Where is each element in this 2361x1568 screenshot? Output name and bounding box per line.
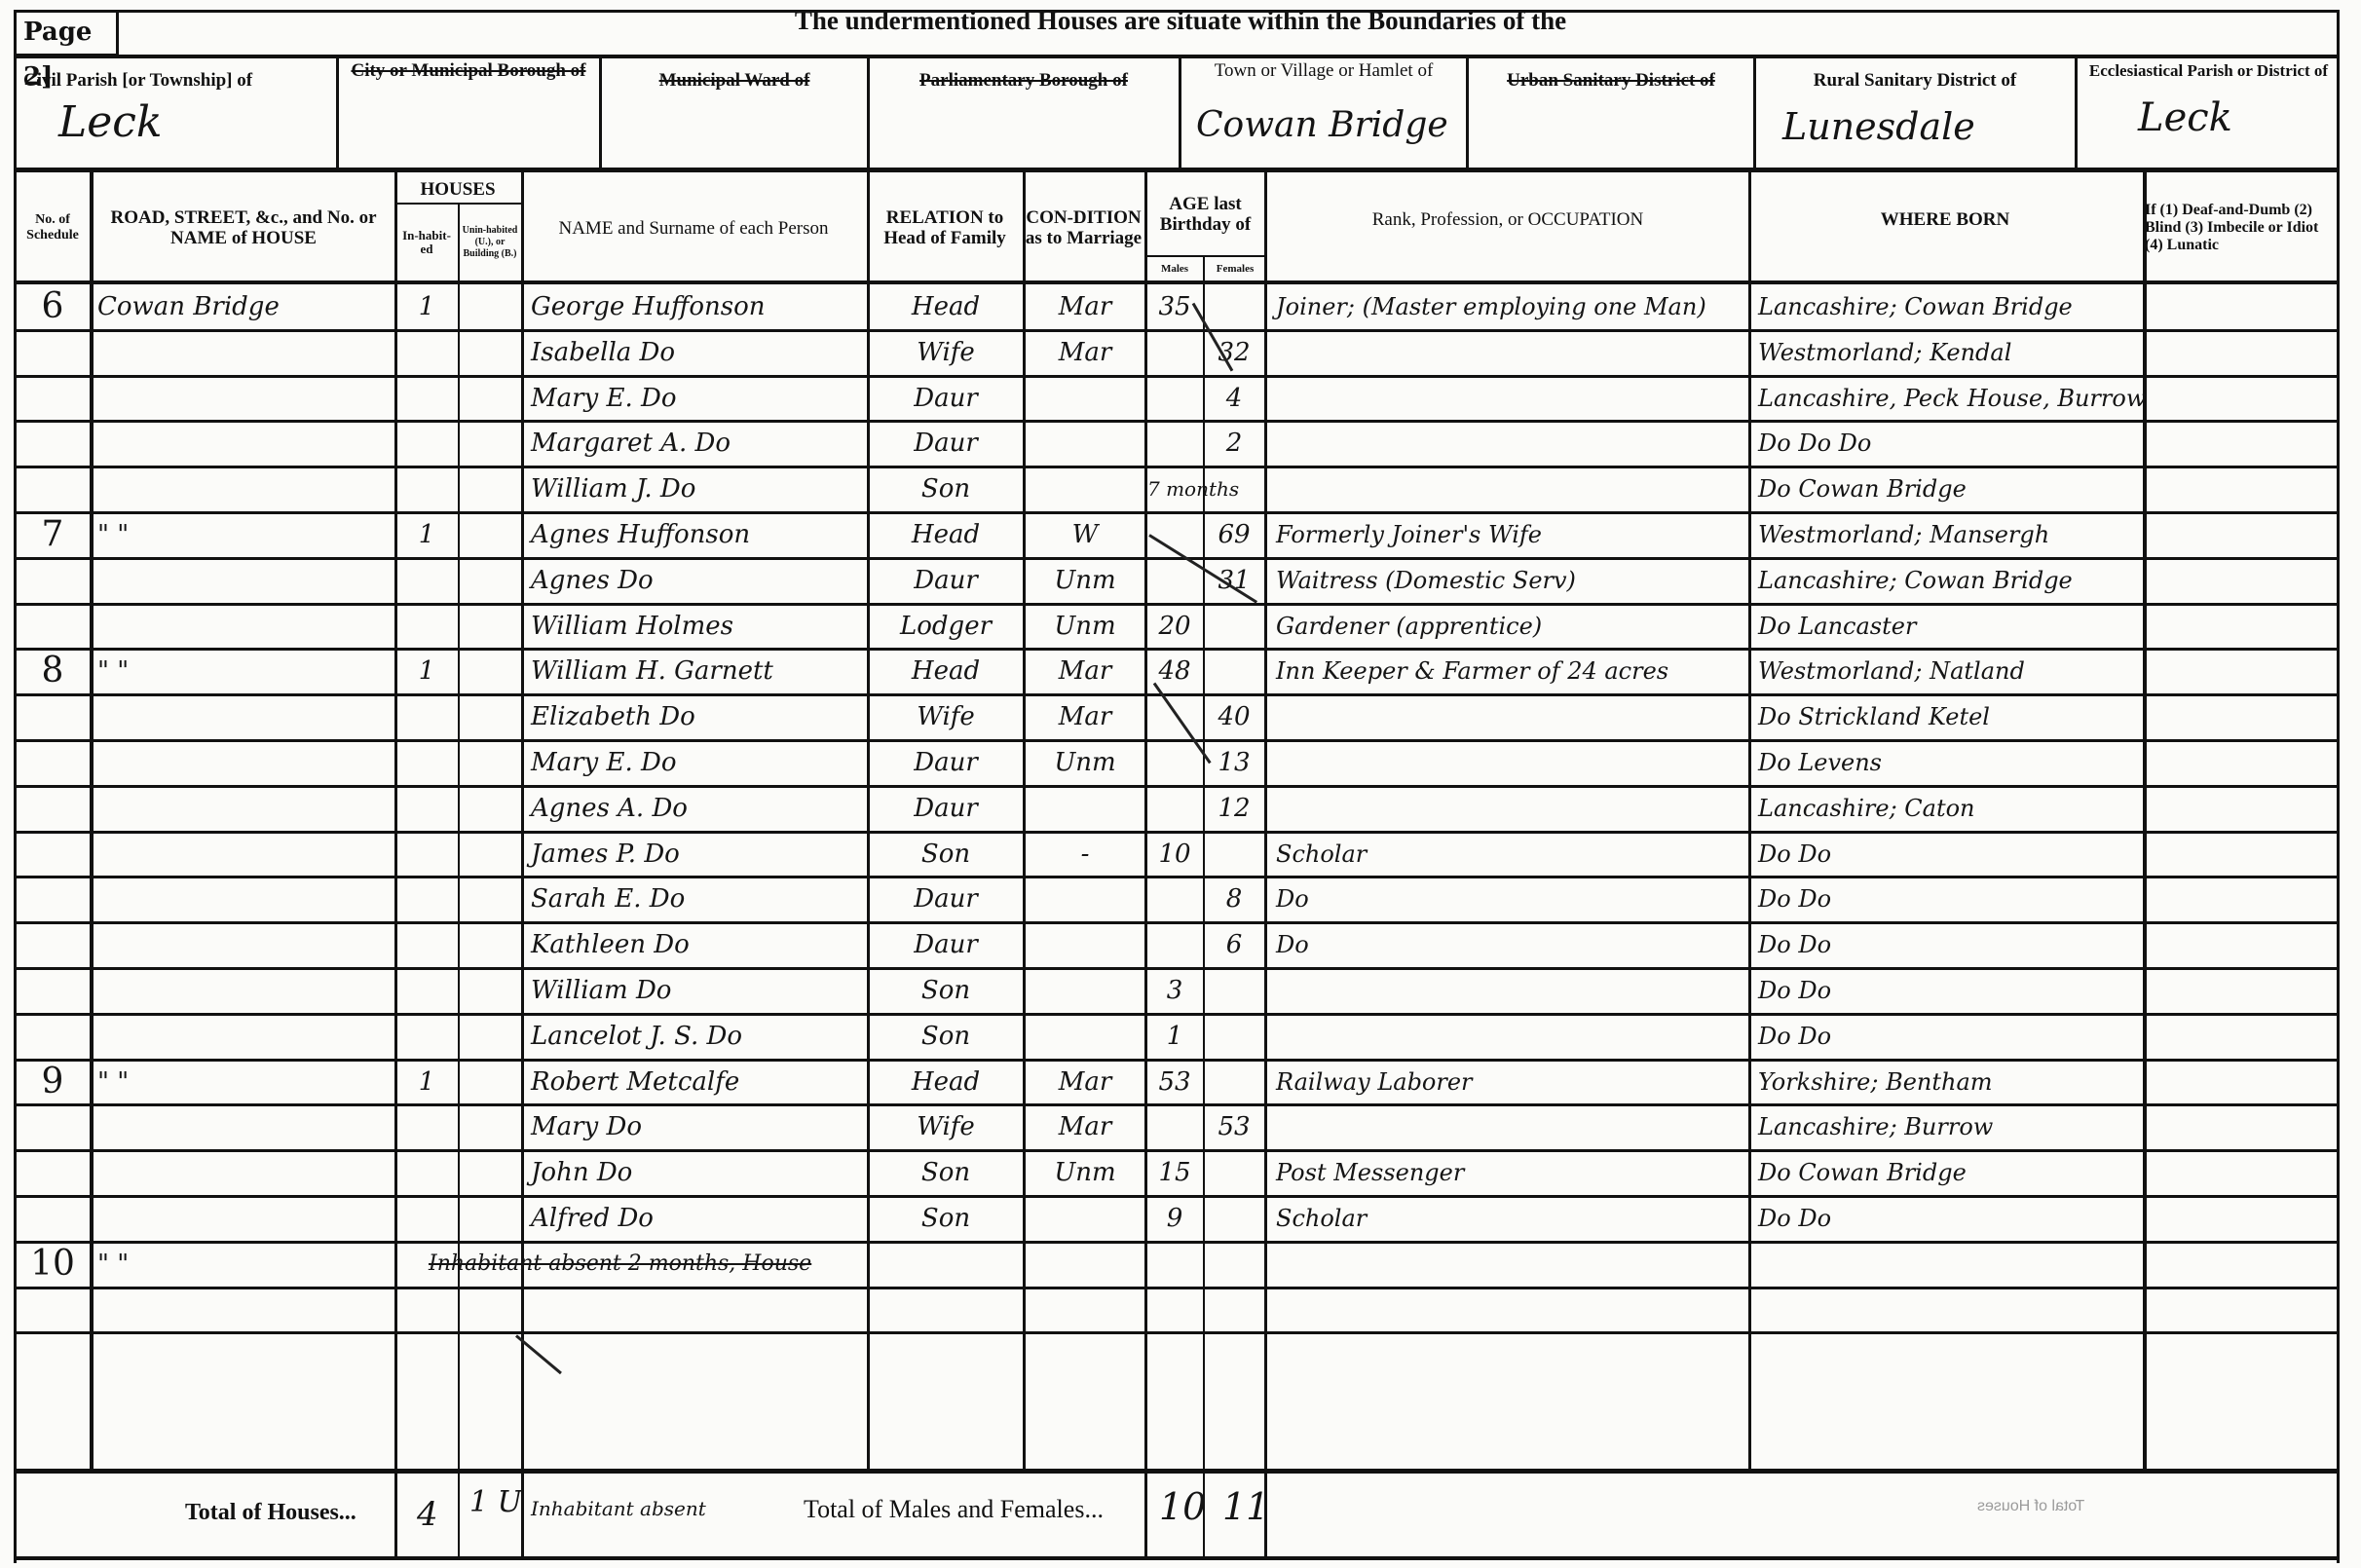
occupation: Scholar bbox=[1276, 832, 1748, 877]
road-name: " " bbox=[97, 1060, 390, 1104]
inhabited-count: 1 bbox=[397, 512, 456, 557]
schedule-number: 8 bbox=[18, 649, 88, 693]
female-age: 6 bbox=[1206, 922, 1262, 967]
boundary-ecclesiastical-value: Leck bbox=[2138, 95, 2232, 140]
col-header-infirmity: If (1) Deaf-and-Dumb (2) Blind (3) Imbec… bbox=[2145, 175, 2336, 280]
road-name bbox=[97, 922, 390, 967]
condition bbox=[1028, 1242, 1143, 1287]
road-name bbox=[97, 968, 390, 1013]
boundary-town-value: Cowan Bridge bbox=[1196, 105, 1448, 145]
road-name bbox=[97, 1104, 390, 1149]
schedule-number bbox=[18, 330, 88, 375]
condition: Mar bbox=[1028, 694, 1143, 739]
person-name: Mary E. Do bbox=[531, 740, 867, 785]
road-name bbox=[97, 740, 390, 785]
female-age bbox=[1206, 467, 1262, 511]
person-name: Lancelot J. S. Do bbox=[531, 1014, 867, 1059]
inhabited-count bbox=[397, 1104, 456, 1149]
where-born: Do Do bbox=[1758, 832, 2143, 877]
condition bbox=[1028, 1014, 1143, 1059]
condition bbox=[1028, 1196, 1143, 1241]
schedule-number bbox=[18, 1288, 88, 1332]
person-name: James P. Do bbox=[531, 832, 867, 877]
divider bbox=[1748, 170, 1751, 1471]
relation: Head bbox=[872, 649, 1020, 693]
divider bbox=[599, 56, 602, 169]
male-age: 53 bbox=[1147, 1060, 1202, 1104]
where-born: Do Levens bbox=[1758, 740, 2143, 785]
divider bbox=[14, 55, 2340, 58]
person-name: Elizabeth Do bbox=[531, 694, 867, 739]
col-header-road: ROAD, STREET, &c., and No. or NAME of HO… bbox=[93, 175, 394, 280]
road-name bbox=[97, 877, 390, 921]
where-born: Westmorland; Kendal bbox=[1758, 330, 2143, 375]
female-age bbox=[1206, 1014, 1262, 1059]
condition bbox=[1028, 421, 1143, 466]
road-name bbox=[97, 604, 390, 649]
person-name: Kathleen Do bbox=[531, 922, 867, 967]
relation: Wife bbox=[872, 330, 1020, 375]
male-age: 9 bbox=[1147, 1196, 1202, 1241]
inhabited-count bbox=[397, 604, 456, 649]
road-name bbox=[97, 467, 390, 511]
condition: Mar bbox=[1028, 330, 1143, 375]
male-age bbox=[1147, 421, 1202, 466]
inhabited-count bbox=[397, 330, 456, 375]
divider bbox=[1023, 170, 1026, 1471]
relation: Son bbox=[872, 1150, 1020, 1195]
relation: Wife bbox=[872, 1104, 1020, 1149]
condition: Mar bbox=[1028, 649, 1143, 693]
female-age bbox=[1206, 1196, 1262, 1241]
col-header-where-born: WHERE BORN bbox=[1750, 175, 2140, 263]
road-name bbox=[97, 786, 390, 831]
divider bbox=[1753, 56, 1756, 169]
schedule-number bbox=[18, 832, 88, 877]
relation: Son bbox=[872, 1196, 1020, 1241]
occupation bbox=[1276, 694, 1748, 739]
divider bbox=[1179, 56, 1181, 169]
person-name: Robert Metcalfe bbox=[531, 1060, 867, 1104]
inhabited-count bbox=[397, 1150, 456, 1195]
female-age: 12 bbox=[1206, 786, 1262, 831]
road-name bbox=[97, 1196, 390, 1241]
female-age: 13 bbox=[1206, 740, 1262, 785]
inhabited-count bbox=[397, 968, 456, 1013]
where-born: Do Do Do bbox=[1758, 421, 2143, 466]
schedule-number: 6 bbox=[18, 284, 88, 329]
relation: Son bbox=[872, 1014, 1020, 1059]
occupation: Post Messenger bbox=[1276, 1150, 1748, 1195]
occupation: Gardener (apprentice) bbox=[1276, 604, 1748, 649]
where-born: Westmorland; Natland bbox=[1758, 649, 2143, 693]
occupation bbox=[1276, 467, 1748, 511]
relation: Head bbox=[872, 512, 1020, 557]
where-born: Do Lancaster bbox=[1758, 604, 2143, 649]
schedule-number bbox=[18, 922, 88, 967]
occupation: Inn Keeper & Farmer of 24 acres bbox=[1276, 649, 1748, 693]
condition: Mar bbox=[1028, 284, 1143, 329]
inhabited-count bbox=[397, 1288, 456, 1332]
divider bbox=[90, 170, 94, 1471]
boundary-rural-sanitary-value: Lunesdale bbox=[1782, 105, 1975, 148]
col-header-uninhabited: Unin-habited (U.), or Building (B.) bbox=[460, 206, 520, 279]
relation: Daur bbox=[872, 421, 1020, 466]
condition: W bbox=[1028, 512, 1143, 557]
where-born: Do Do bbox=[1758, 922, 2143, 967]
male-age: 15 bbox=[1147, 1150, 1202, 1195]
col-header-inhabited: In-habit-ed bbox=[397, 206, 456, 279]
male-age: 10 bbox=[1147, 832, 1202, 877]
schedule-number bbox=[18, 467, 88, 511]
inhabited-count: 1 bbox=[397, 649, 456, 693]
divider bbox=[14, 168, 2340, 172]
schedule-number bbox=[18, 694, 88, 739]
schedule-number bbox=[18, 558, 88, 603]
female-age bbox=[1206, 649, 1262, 693]
inhabited-count bbox=[397, 786, 456, 831]
occupation bbox=[1276, 1014, 1748, 1059]
road-name: " " bbox=[97, 512, 390, 557]
condition bbox=[1028, 1288, 1143, 1332]
schedule-number: 10 bbox=[18, 1242, 88, 1287]
male-age bbox=[1147, 376, 1202, 421]
inhabited-count bbox=[397, 740, 456, 785]
where-born: Do Cowan Bridge bbox=[1758, 467, 2143, 511]
male-age bbox=[1147, 922, 1202, 967]
schedule-number: 7 bbox=[18, 512, 88, 557]
col-header-schedule: No. of Schedule bbox=[16, 175, 90, 280]
male-age bbox=[1147, 786, 1202, 831]
col-header-females: Females bbox=[1205, 257, 1265, 280]
occupation: Waitress (Domestic Serv) bbox=[1276, 558, 1748, 603]
schedule-number bbox=[18, 740, 88, 785]
condition bbox=[1028, 376, 1143, 421]
where-born: Lancashire; Cowan Bridge bbox=[1758, 558, 2143, 603]
person-name: William H. Garnett bbox=[531, 649, 867, 693]
condition bbox=[1028, 877, 1143, 921]
where-born: Do Strickland Ketel bbox=[1758, 694, 2143, 739]
female-age bbox=[1206, 1242, 1262, 1287]
total-uninhabited: 1 U bbox=[469, 1485, 522, 1519]
schedule-number bbox=[18, 786, 88, 831]
male-age: 3 bbox=[1147, 968, 1202, 1013]
female-age: 8 bbox=[1206, 877, 1262, 921]
relation: Son bbox=[872, 968, 1020, 1013]
occupation: Formerly Joiner's Wife bbox=[1276, 512, 1748, 557]
boundary-town-header: Town or Village or Hamlet of bbox=[1183, 60, 1464, 81]
occupation bbox=[1276, 1242, 1748, 1287]
condition bbox=[1028, 467, 1143, 511]
condition: Mar bbox=[1028, 1104, 1143, 1149]
condition: Unm bbox=[1028, 1150, 1143, 1195]
female-age: 31 bbox=[1206, 558, 1262, 603]
schedule-number bbox=[18, 604, 88, 649]
female-age bbox=[1206, 1060, 1262, 1104]
female-age bbox=[1206, 604, 1262, 649]
divider bbox=[14, 1556, 2340, 1560]
person-name: George Huffonson bbox=[531, 284, 867, 329]
female-age bbox=[1206, 832, 1262, 877]
boundary-ward-header: Municipal Ward of bbox=[604, 70, 865, 91]
condition bbox=[1028, 968, 1143, 1013]
occupation bbox=[1276, 740, 1748, 785]
divider bbox=[14, 1469, 2340, 1474]
male-age: 1 bbox=[1147, 1014, 1202, 1059]
person-name: Isabella Do bbox=[531, 330, 867, 375]
boundary-civil-parish-value: Leck bbox=[58, 97, 163, 147]
male-age: 7 months bbox=[1147, 467, 1202, 511]
female-age: 69 bbox=[1206, 512, 1262, 557]
person-name: William Do bbox=[531, 968, 867, 1013]
where-born: Do Do bbox=[1758, 1196, 2143, 1241]
person-name: John Do bbox=[531, 1150, 867, 1195]
divider bbox=[867, 56, 870, 169]
where-born: Do Do bbox=[1758, 1014, 2143, 1059]
road-name: " " bbox=[97, 1242, 390, 1287]
boundary-civil-parish-header: Civil Parish [or Township] of bbox=[18, 70, 340, 91]
person-name: Mary E. Do bbox=[531, 376, 867, 421]
occupation: Do bbox=[1276, 877, 1748, 921]
inhabited-count: 1 bbox=[397, 284, 456, 329]
condition bbox=[1028, 922, 1143, 967]
person-name: Mary Do bbox=[531, 1104, 867, 1149]
inhabited-count bbox=[397, 1014, 456, 1059]
divider bbox=[2143, 170, 2147, 1471]
occupation bbox=[1276, 968, 1748, 1013]
condition bbox=[1028, 786, 1143, 831]
col-header-males: Males bbox=[1146, 257, 1203, 280]
occupation: Railway Laborer bbox=[1276, 1060, 1748, 1104]
road-name: Cowan Bridge bbox=[97, 284, 390, 329]
schedule-number bbox=[18, 376, 88, 421]
inhabited-count bbox=[397, 694, 456, 739]
relation: Daur bbox=[872, 786, 1020, 831]
col-header-occupation: Rank, Profession, or OCCUPATION bbox=[1268, 175, 1747, 263]
person-name: Agnes Do bbox=[531, 558, 867, 603]
relation: Daur bbox=[872, 558, 1020, 603]
person-name: William Holmes bbox=[531, 604, 867, 649]
relation: Lodger bbox=[872, 604, 1020, 649]
where-born: Do Do bbox=[1758, 968, 2143, 1013]
boundary-city-header: City or Municipal Borough of bbox=[341, 60, 596, 81]
female-age bbox=[1206, 1150, 1262, 1195]
road-name bbox=[97, 558, 390, 603]
schedule-number bbox=[18, 1196, 88, 1241]
relation: Daur bbox=[872, 376, 1020, 421]
condition: - bbox=[1028, 832, 1143, 877]
divider bbox=[867, 170, 870, 1471]
divider bbox=[521, 170, 524, 1558]
occupation bbox=[1276, 376, 1748, 421]
person-name: Agnes Huffonson bbox=[531, 512, 867, 557]
female-age: 4 bbox=[1206, 376, 1262, 421]
where-born: Lancashire, Peck House, Burrow bbox=[1758, 376, 2143, 421]
person-name: Margaret A. Do bbox=[531, 421, 867, 466]
relation: Son bbox=[872, 832, 1020, 877]
condition: Unm bbox=[1028, 740, 1143, 785]
occupation bbox=[1276, 330, 1748, 375]
divider bbox=[458, 203, 460, 1558]
schedule-number bbox=[18, 968, 88, 1013]
inhabited-count bbox=[397, 421, 456, 466]
relation bbox=[872, 1288, 1020, 1332]
male-age bbox=[1147, 740, 1202, 785]
occupation bbox=[1276, 421, 1748, 466]
total-males: 10 bbox=[1159, 1485, 1206, 1528]
where-born bbox=[1758, 1242, 2143, 1287]
col-header-name: NAME and Surname of each Person bbox=[523, 175, 864, 280]
inhabited-count bbox=[397, 922, 456, 967]
page-title: The undermentioned Houses are situate wi… bbox=[0, 6, 2361, 36]
divider bbox=[1264, 170, 1267, 1558]
total-females: 11 bbox=[1222, 1485, 1269, 1528]
col-header-condition: CON-DITION as to Marriage bbox=[1025, 175, 1143, 280]
col-header-relation: RELATION to Head of Family bbox=[869, 175, 1021, 280]
female-age: 40 bbox=[1206, 694, 1262, 739]
boundary-ecclesiastical-header: Ecclesiastical Parish or District of bbox=[2080, 60, 2338, 81]
schedule-number bbox=[18, 1014, 88, 1059]
person-name bbox=[531, 1288, 867, 1332]
relation bbox=[872, 1242, 1020, 1287]
female-age bbox=[1206, 284, 1262, 329]
inhabited-count bbox=[397, 467, 456, 511]
person-name: Agnes A. Do bbox=[531, 786, 867, 831]
inhabited-count bbox=[397, 376, 456, 421]
relation: Daur bbox=[872, 922, 1020, 967]
where-born: Lancashire; Cowan Bridge bbox=[1758, 284, 2143, 329]
boundary-parliamentary-header: Parliamentary Borough of bbox=[872, 70, 1176, 91]
occupation bbox=[1276, 786, 1748, 831]
relation: Son bbox=[872, 467, 1020, 511]
inhabited-count bbox=[397, 877, 456, 921]
divider bbox=[2075, 56, 2078, 169]
road-name bbox=[97, 330, 390, 375]
divider bbox=[1203, 255, 1205, 1558]
person-name: Sarah E. Do bbox=[531, 877, 867, 921]
male-age bbox=[1147, 1104, 1202, 1149]
person-name: Inhabitant absent 2 months, House bbox=[429, 1242, 765, 1287]
inhabited-count: 1 bbox=[397, 1060, 456, 1104]
male-age bbox=[1147, 330, 1202, 375]
road-name bbox=[97, 694, 390, 739]
col-header-age: AGE last Birthday of bbox=[1146, 175, 1264, 253]
inhabited-count bbox=[397, 558, 456, 603]
inhabited-count bbox=[397, 832, 456, 877]
where-born: Westmorland; Mansergh bbox=[1758, 512, 2143, 557]
person-name: Alfred Do bbox=[531, 1196, 867, 1241]
where-born: Lancashire; Caton bbox=[1758, 786, 2143, 831]
relation: Head bbox=[872, 284, 1020, 329]
boundary-rural-sanitary-header: Rural Sanitary District of bbox=[1758, 70, 2072, 91]
male-age: 20 bbox=[1147, 604, 1202, 649]
female-age bbox=[1206, 1288, 1262, 1332]
total-uninhabited-note: Inhabitant absent bbox=[531, 1497, 706, 1520]
road-name bbox=[97, 1150, 390, 1195]
male-age bbox=[1147, 694, 1202, 739]
inhabited-count bbox=[397, 1196, 456, 1241]
relation: Daur bbox=[872, 740, 1020, 785]
condition: Unm bbox=[1028, 604, 1143, 649]
where-born: Do Cowan Bridge bbox=[1758, 1150, 2143, 1195]
where-born: Yorkshire; Bentham bbox=[1758, 1060, 2143, 1104]
road-name bbox=[97, 1288, 390, 1332]
schedule-number: 9 bbox=[18, 1060, 88, 1104]
condition: Mar bbox=[1028, 1060, 1143, 1104]
road-name: " " bbox=[97, 649, 390, 693]
female-age: 2 bbox=[1206, 421, 1262, 466]
where-born bbox=[1758, 1288, 2143, 1332]
male-age bbox=[1147, 877, 1202, 921]
schedule-number bbox=[18, 421, 88, 466]
occupation bbox=[1276, 1104, 1748, 1149]
female-age: 53 bbox=[1206, 1104, 1262, 1149]
boundary-urban-sanitary-header: Urban Sanitary District of bbox=[1471, 70, 1751, 91]
divider bbox=[1466, 56, 1469, 169]
schedule-number bbox=[18, 877, 88, 921]
col-header-houses: HOUSES bbox=[394, 175, 521, 203]
total-persons-label: Total of Males and Females... bbox=[804, 1495, 1104, 1524]
bleed-through-stamp: Total of Houses bbox=[1977, 1498, 2084, 1515]
schedule-number bbox=[18, 1150, 88, 1195]
female-age bbox=[1206, 968, 1262, 1013]
condition: Unm bbox=[1028, 558, 1143, 603]
road-name bbox=[97, 376, 390, 421]
person-name: William J. Do bbox=[531, 467, 867, 511]
occupation: Do bbox=[1276, 922, 1748, 967]
road-name bbox=[97, 421, 390, 466]
total-inhabited: 4 bbox=[417, 1495, 438, 1534]
road-name bbox=[97, 832, 390, 877]
male-age bbox=[1147, 1288, 1202, 1332]
occupation bbox=[1276, 1288, 1748, 1332]
where-born: Lancashire; Burrow bbox=[1758, 1104, 2143, 1149]
total-houses-label: Total of Houses... bbox=[185, 1500, 356, 1526]
relation: Head bbox=[872, 1060, 1020, 1104]
relation: Daur bbox=[872, 877, 1020, 921]
occupation: Joiner; (Master employing one Man) bbox=[1276, 284, 1748, 329]
road-name bbox=[97, 1014, 390, 1059]
occupation: Scholar bbox=[1276, 1196, 1748, 1241]
male-age bbox=[1147, 1242, 1202, 1287]
relation: Wife bbox=[872, 694, 1020, 739]
schedule-number bbox=[18, 1104, 88, 1149]
where-born: Do Do bbox=[1758, 877, 2143, 921]
